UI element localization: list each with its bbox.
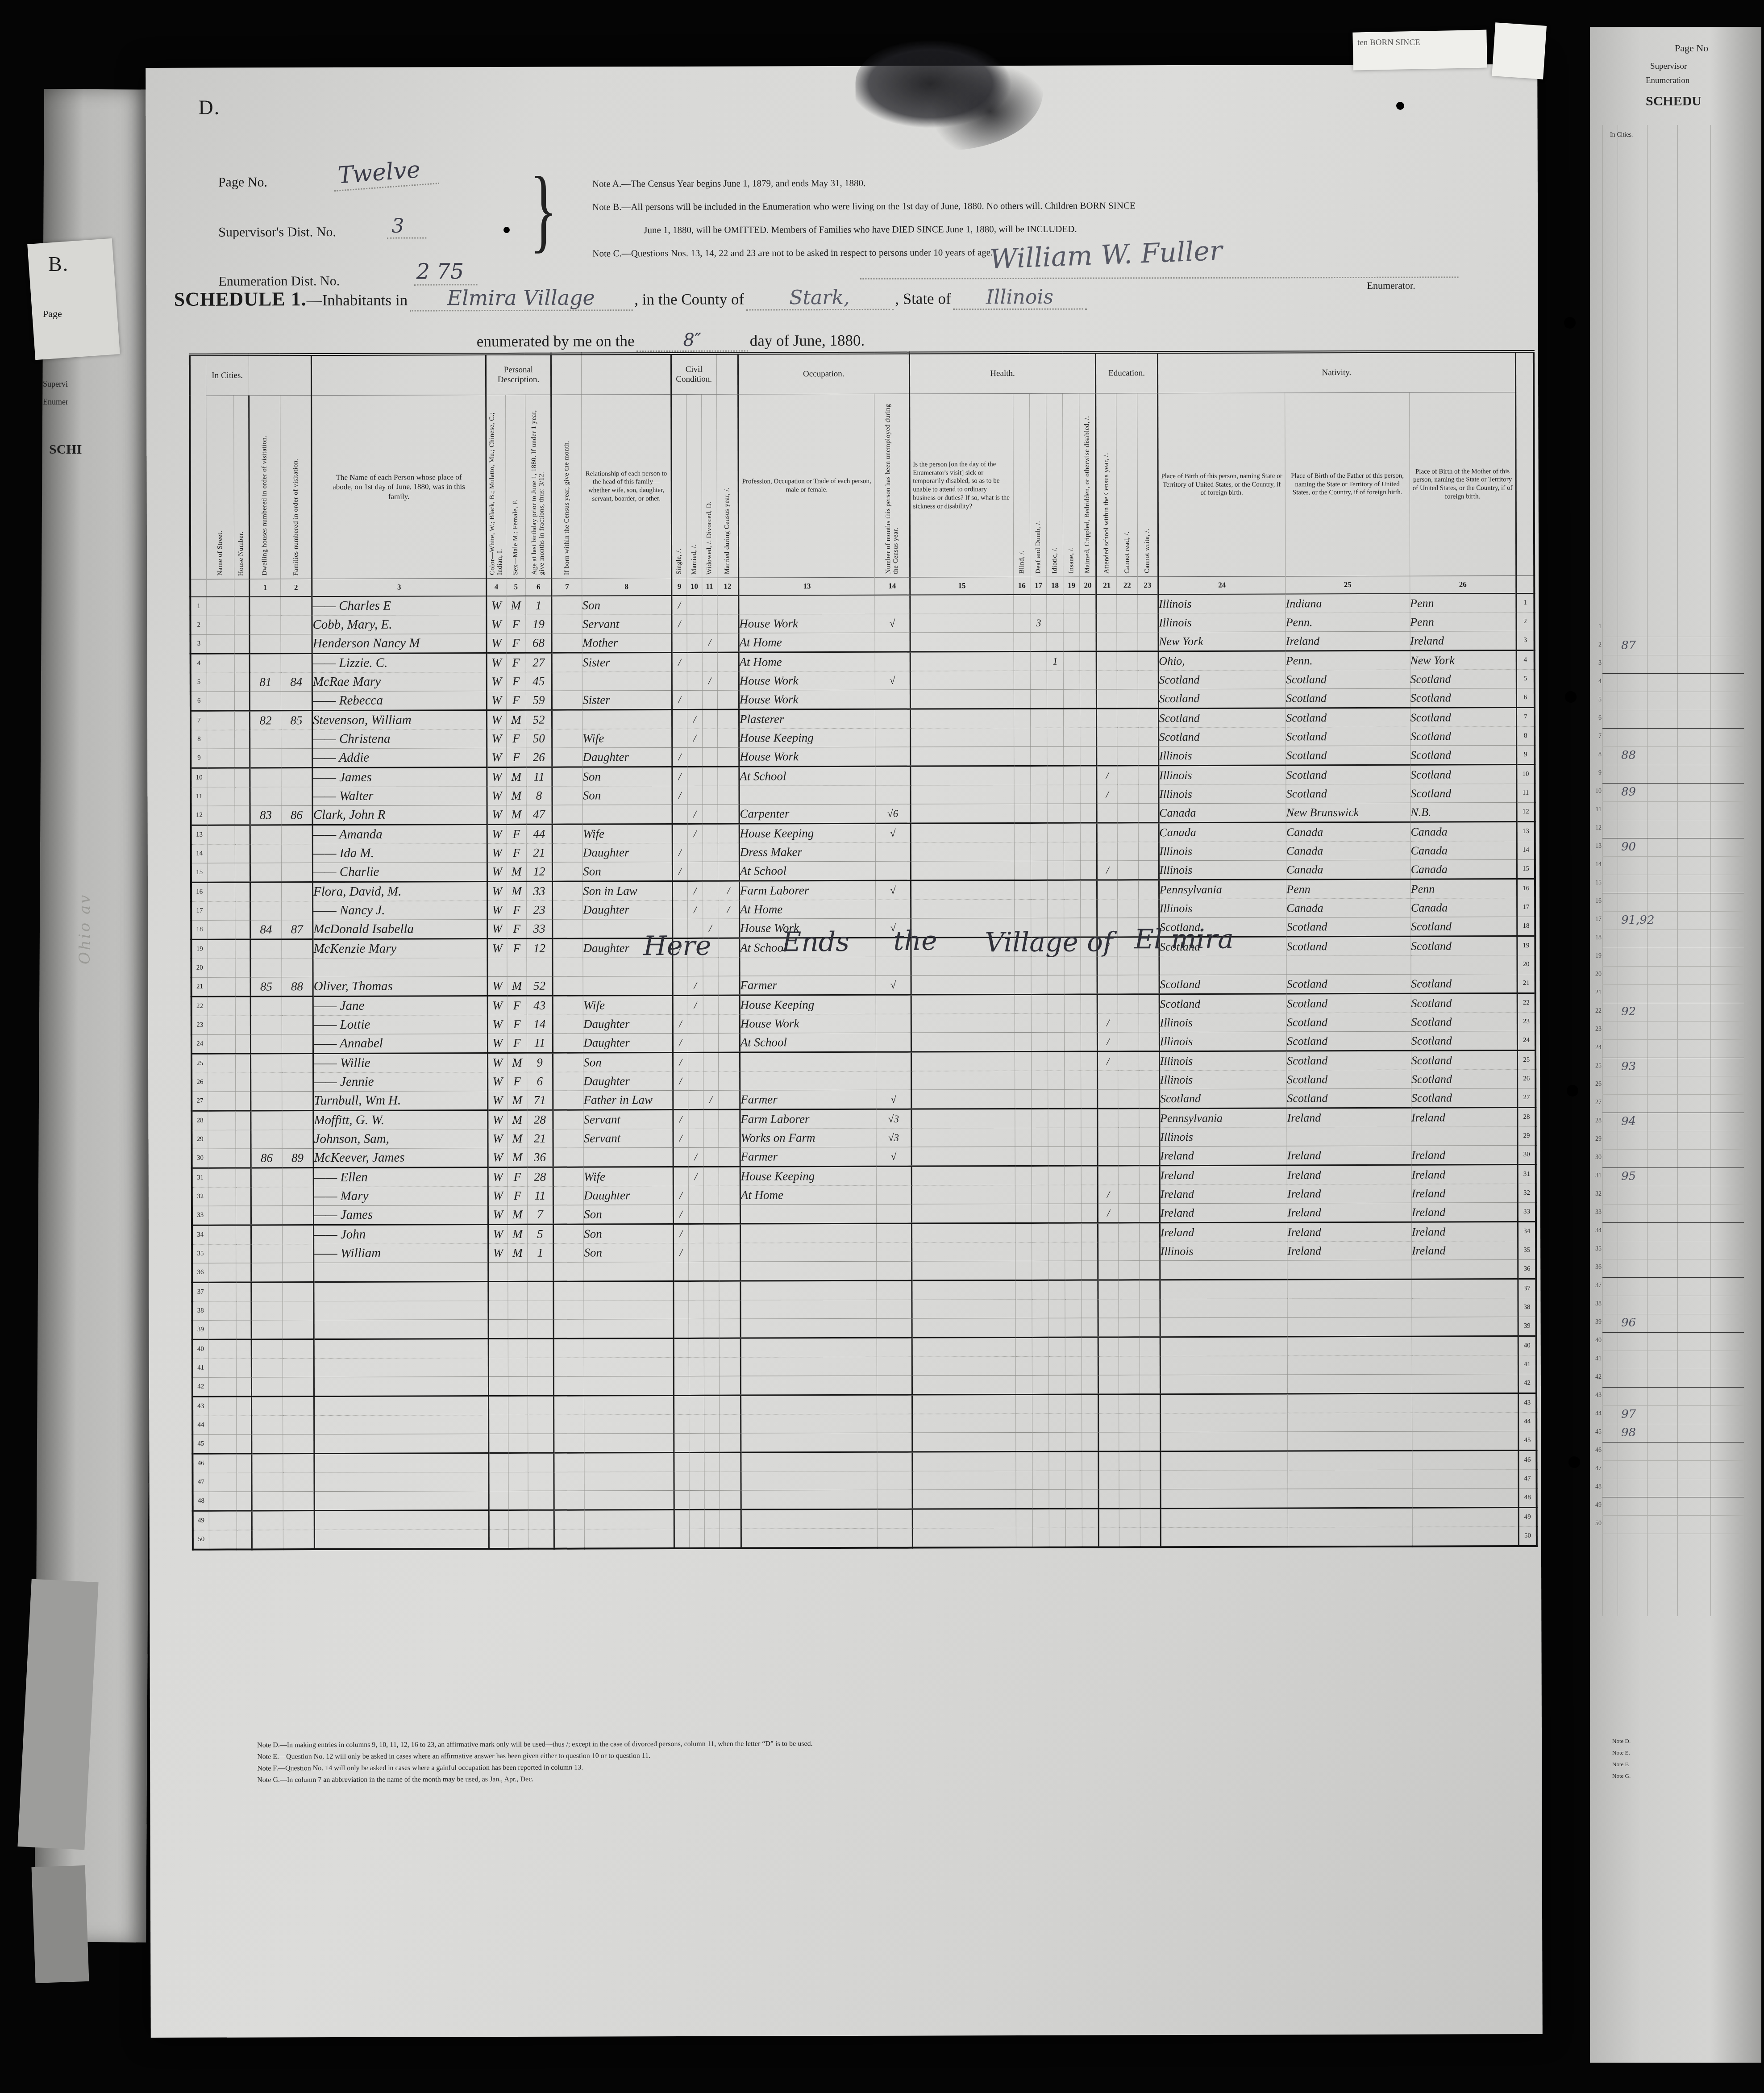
cell-sick	[911, 1071, 1015, 1090]
cell-c: W	[487, 634, 506, 653]
cell-s21	[1098, 1128, 1118, 1147]
cell-a	[528, 1529, 554, 1549]
cell-a: 9	[527, 1053, 553, 1072]
cell-s: F	[506, 672, 526, 691]
cell-m23	[1137, 594, 1158, 613]
spine-frag-page: Page	[43, 308, 62, 320]
cell-m10	[688, 1262, 703, 1281]
cell-m14	[876, 842, 911, 861]
cell-m17	[1031, 994, 1048, 1013]
cell-a: 1	[528, 1243, 553, 1262]
cell-pm	[1412, 1431, 1519, 1451]
cell-m10	[689, 1472, 704, 1490]
cell-m18	[1048, 1204, 1065, 1223]
cell-pob: Illinois	[1159, 784, 1286, 804]
cell-m12	[720, 1509, 741, 1529]
cell-sick	[910, 766, 1014, 786]
cell-m22	[1119, 1394, 1140, 1413]
cell-pob: Pennsylvania	[1159, 1108, 1287, 1128]
cell-s: M	[507, 862, 526, 881]
cell-s21	[1098, 994, 1118, 1013]
cell-m20	[1080, 595, 1096, 614]
cell-s: F	[507, 843, 526, 862]
cell-st	[208, 959, 235, 977]
rp-row-line	[1602, 1003, 1744, 1003]
cell-m10	[689, 1490, 704, 1509]
cell-ho	[237, 1530, 252, 1550]
cell-a	[528, 1434, 554, 1453]
cell-f	[282, 1206, 313, 1225]
rp-row-line	[1602, 1314, 1744, 1314]
cell-ho	[236, 1130, 251, 1149]
cell-m14: √	[876, 918, 911, 938]
rp-row-number: 37	[1588, 1282, 1602, 1289]
cell-m10	[689, 1433, 704, 1452]
cell-n: 42	[192, 1377, 208, 1397]
cell-m14	[878, 1490, 912, 1509]
cell-m18	[1048, 1223, 1065, 1242]
cell-m17	[1032, 1185, 1048, 1204]
cell-sick	[911, 785, 1015, 805]
note-b-line2: June 1, 1880, will be OMITTED. Members o…	[644, 220, 1077, 239]
cell-ho	[235, 863, 250, 882]
cell-m11	[702, 747, 717, 767]
cell-m16	[1015, 1204, 1032, 1223]
cell-a	[528, 1338, 553, 1358]
cell-m22	[1117, 651, 1138, 671]
cell-st	[207, 634, 234, 654]
cell-name: —— Ida M.	[312, 844, 487, 863]
cell-m9: /	[673, 1109, 688, 1129]
cell-occ	[741, 1280, 877, 1300]
footer-note-g: Note G.—In column 7 an abbreviation in t…	[257, 1773, 813, 1786]
cell-nr: 45	[1519, 1431, 1536, 1450]
cell-m16	[1015, 1185, 1032, 1204]
cell-rel: Servant	[583, 1129, 673, 1148]
cell-st	[206, 597, 234, 616]
cell-n: 46	[192, 1454, 208, 1473]
cell-m18	[1048, 880, 1064, 899]
cell-name	[314, 1301, 488, 1320]
header-brace: }	[530, 156, 557, 264]
rp-row-number: 30	[1588, 1154, 1602, 1161]
cell-m20	[1080, 709, 1097, 728]
cell-m19	[1065, 1147, 1081, 1166]
rp-row-line	[1602, 1058, 1744, 1058]
cell-name: McDonald Isabella	[313, 920, 487, 939]
cell-m10	[687, 919, 703, 938]
cell-pm: Scotland	[1410, 765, 1517, 784]
group-education: Education.	[1096, 352, 1158, 393]
cell-n: 5	[191, 673, 207, 692]
rp-row-number: 19	[1588, 953, 1602, 960]
cell-f	[283, 1359, 314, 1377]
cell-ho	[235, 901, 250, 920]
cell-m11	[703, 1129, 719, 1147]
cell-rel	[584, 1358, 673, 1377]
cell-s: F	[507, 1015, 527, 1034]
cell-m20	[1081, 880, 1097, 899]
cell-occ	[741, 1509, 878, 1529]
group-relationship	[582, 354, 671, 395]
cell-d	[250, 1073, 282, 1092]
cell-pob: Illinois	[1159, 899, 1286, 918]
cell-s21	[1099, 1528, 1119, 1547]
cell-m18	[1048, 1261, 1065, 1280]
cell-m12	[718, 1072, 740, 1090]
cell-nr: 5	[1516, 669, 1534, 688]
cell-m12	[718, 862, 739, 881]
day-of-june-label: day of June, 1880.	[750, 332, 865, 350]
cell-m9	[673, 957, 688, 976]
rp-row-line	[1602, 801, 1744, 802]
cell-m12	[719, 1281, 741, 1300]
cell-a: 44	[526, 824, 552, 843]
cell-bm	[554, 1472, 584, 1491]
cell-name: —— Amanda	[312, 825, 487, 844]
cell-m23	[1138, 804, 1159, 823]
cell-sick	[911, 1147, 1015, 1166]
cell-m16	[1014, 785, 1031, 804]
cell-pob: Illinois	[1158, 613, 1286, 632]
cell-m16	[1016, 1413, 1032, 1432]
cell-m9	[674, 1414, 689, 1433]
column-header-row: Name of Street. House Number. Dwelling h…	[190, 392, 1534, 579]
cell-occ: House Keeping	[739, 823, 876, 843]
cell-st	[207, 768, 234, 787]
cell-m9: /	[673, 1186, 688, 1205]
cell-d	[251, 1434, 283, 1454]
cell-n: 17	[191, 901, 207, 920]
rp-note-d: Note D.	[1612, 1738, 1631, 1745]
col-8-relationship: Relationship of each person to the head …	[582, 395, 671, 579]
cell-m20	[1081, 1128, 1098, 1147]
cell-m14	[875, 690, 910, 709]
cell-s	[508, 1529, 528, 1549]
cell-c	[489, 1453, 508, 1472]
cell-m9: /	[672, 690, 687, 709]
cell-m16	[1015, 994, 1031, 1013]
cell-m14	[877, 1300, 911, 1318]
cell-n: 27	[191, 1092, 208, 1111]
cell-ho	[236, 1359, 251, 1377]
cell-pob	[1160, 1432, 1288, 1451]
cell-pm	[1411, 955, 1518, 975]
cell-ho	[234, 634, 250, 654]
cell-m22	[1119, 1489, 1140, 1509]
cell-ho	[234, 616, 250, 634]
cell-m11	[704, 1319, 719, 1338]
cell-ho	[235, 806, 250, 825]
cell-m23	[1139, 1280, 1160, 1299]
cell-s	[508, 1472, 528, 1491]
cell-m20	[1081, 899, 1097, 918]
cell-n: 14	[191, 844, 207, 863]
cell-m23	[1138, 632, 1158, 651]
column-number: 18	[1047, 577, 1063, 595]
cell-d	[251, 1359, 283, 1377]
cell-pm: Scotland	[1410, 688, 1517, 708]
cell-sick	[911, 1280, 1015, 1300]
cell-m10: /	[687, 709, 702, 729]
cell-m22	[1117, 746, 1138, 766]
paper-patch-text: ten BORN SINCE	[1357, 38, 1420, 48]
cell-name: —— Mary	[313, 1187, 488, 1206]
cell-d	[250, 787, 281, 806]
cell-m14	[877, 1242, 911, 1261]
cell-pm: Ireland	[1411, 1108, 1518, 1127]
cell-name	[313, 958, 487, 977]
cell-ho	[235, 787, 250, 806]
cell-m20	[1082, 1528, 1099, 1547]
rp-row-line	[1602, 1131, 1744, 1131]
cell-m23	[1138, 728, 1158, 746]
cell-nr: 10	[1517, 764, 1535, 784]
cell-m16	[1014, 746, 1031, 766]
rp-row-number: 49	[1588, 1502, 1602, 1509]
cell-c: W	[487, 1034, 507, 1053]
cell-d	[250, 616, 281, 634]
cell-m12	[719, 1186, 740, 1205]
cell-c	[488, 1262, 508, 1281]
cell-rel	[584, 1396, 674, 1415]
cell-m19	[1065, 1280, 1082, 1299]
col-25-father-birthplace: Place of Birth of the Father of this per…	[1285, 392, 1410, 576]
cell-ho	[236, 1149, 251, 1168]
cell-m14: √	[876, 880, 911, 900]
cell-pf: Ireland	[1287, 1222, 1412, 1242]
rp-row-number: 46	[1588, 1447, 1602, 1454]
cell-m22	[1118, 899, 1138, 918]
cell-m10	[687, 862, 703, 881]
cell-d	[250, 634, 281, 654]
cell-m14	[875, 595, 910, 614]
col-22-cannot-read: Cannot read, /.	[1116, 393, 1137, 577]
cell-f	[283, 1434, 314, 1454]
cell-d	[251, 1416, 283, 1434]
cell-bm	[552, 596, 582, 615]
cell-st	[208, 1377, 236, 1397]
rp-row-line	[1602, 1204, 1744, 1205]
cell-m11	[704, 1281, 719, 1300]
cell-m11	[703, 1205, 719, 1224]
cell-name: McRae Mary	[312, 672, 487, 692]
cell-m18	[1047, 785, 1064, 804]
cell-ho	[234, 654, 250, 673]
rp-row-line	[1602, 838, 1744, 838]
cell-m12	[719, 1109, 740, 1129]
cell-m18	[1049, 1394, 1065, 1413]
cell-st	[207, 863, 235, 882]
cell-name	[314, 1434, 489, 1454]
cell-s: M	[508, 1091, 527, 1110]
cell-ho	[235, 920, 250, 939]
cell-m19	[1065, 1051, 1081, 1071]
rp-handwritten-number: 97	[1621, 1408, 1636, 1421]
cell-m23	[1140, 1318, 1160, 1337]
cell-m23	[1138, 671, 1158, 689]
spine-frag-supervisor: Supervi	[43, 379, 68, 389]
cell-nr: 36	[1518, 1259, 1536, 1279]
column-number: 2	[281, 579, 312, 597]
cell-m22	[1118, 1089, 1139, 1109]
cell-sick	[912, 1509, 1016, 1528]
cell-m19	[1063, 613, 1080, 632]
cell-m11	[704, 1395, 719, 1414]
cell-bm	[553, 919, 583, 938]
place-value: Elmira Village	[447, 285, 595, 310]
cell-n: 40	[192, 1339, 208, 1359]
cell-m19	[1065, 1375, 1082, 1394]
hole-punch-3	[1567, 1085, 1578, 1097]
rp-handwritten-number: 96	[1621, 1316, 1636, 1330]
rp-row-number: 7	[1588, 733, 1602, 740]
cell-m17	[1032, 1509, 1049, 1528]
cell-m12	[718, 1014, 740, 1033]
cell-name: —— James	[313, 1205, 488, 1225]
cell-bm	[553, 901, 583, 919]
cell-name: —— Lottie	[313, 1015, 487, 1034]
cell-pf: Penn.	[1286, 613, 1410, 632]
cell-m9: /	[672, 747, 687, 767]
cell-nr: 38	[1518, 1298, 1536, 1317]
cell-sick	[911, 1223, 1015, 1242]
cell-c: W	[488, 1167, 508, 1186]
cell-d	[250, 749, 281, 768]
rp-handwritten-number: 88	[1621, 749, 1636, 762]
cell-m17	[1032, 1375, 1049, 1394]
cell-bm	[553, 1243, 584, 1262]
cell-name: —— William	[314, 1244, 488, 1263]
cell-m9	[672, 900, 687, 919]
note-a: Note A.—The Census Year begins June 1, 1…	[592, 174, 866, 193]
cell-occ	[741, 1338, 877, 1357]
cell-s21	[1098, 1337, 1119, 1356]
cell-s: M	[508, 1129, 527, 1148]
cell-pob: Scotland	[1158, 670, 1286, 689]
cell-occ: Carpenter	[739, 804, 876, 824]
cell-m19	[1064, 994, 1081, 1013]
cell-occ: House Work	[740, 918, 876, 938]
group-civil-12	[716, 354, 738, 395]
cell-n: 49	[193, 1511, 209, 1530]
rp-row-number: 27	[1588, 1099, 1602, 1106]
cell-bm	[553, 1186, 583, 1205]
cell-pm: Penn	[1410, 593, 1517, 613]
cell-m20	[1081, 918, 1097, 937]
rp-row-line	[1602, 1241, 1744, 1241]
cell-occ	[739, 595, 875, 614]
cell-a: 12	[527, 938, 553, 958]
cell-a: 26	[526, 748, 552, 767]
cell-m18	[1049, 1413, 1065, 1432]
cell-sick	[911, 899, 1015, 918]
cell-m22	[1119, 1337, 1140, 1356]
rp-grid-line	[1602, 125, 1603, 1616]
cell-m17	[1030, 651, 1047, 671]
cell-a: 8	[526, 786, 552, 805]
cell-m19	[1065, 1204, 1082, 1223]
cell-occ	[740, 1242, 877, 1262]
cell-rel: Son	[584, 1243, 673, 1263]
cell-name: McKeever, James	[313, 1148, 488, 1168]
cell-pm: New York	[1410, 650, 1517, 670]
cell-m16	[1015, 1299, 1032, 1318]
cell-sick	[911, 880, 1015, 900]
cell-s	[508, 1319, 528, 1338]
cell-bm	[552, 786, 582, 805]
cell-s21	[1096, 594, 1117, 613]
cell-pf: Penn.	[1286, 650, 1410, 670]
cell-m18	[1049, 1489, 1065, 1509]
cell-c: W	[487, 805, 507, 824]
cell-s	[508, 1491, 528, 1510]
cell-m9: /	[672, 652, 687, 671]
ink-dot-2	[503, 227, 510, 233]
cell-c: W	[487, 919, 507, 938]
rp-row-line	[1602, 1021, 1744, 1021]
cell-d	[250, 939, 282, 959]
cell-occ	[740, 1223, 877, 1243]
cell-pm: Ireland	[1411, 1203, 1518, 1222]
cell-m20	[1080, 632, 1096, 651]
cell-pf	[1288, 1451, 1412, 1470]
cell-m10: /	[688, 995, 703, 1014]
cell-sick	[911, 823, 1015, 843]
cell-d	[250, 692, 281, 711]
cell-s	[508, 1338, 528, 1358]
cell-m19	[1066, 1528, 1082, 1547]
rp-row-line	[1602, 875, 1744, 875]
cell-m14	[878, 1509, 912, 1528]
cell-m12	[719, 1433, 741, 1452]
cell-ho	[234, 673, 250, 692]
enumeration-value: 2 75	[414, 259, 477, 285]
cell-m14: √	[875, 614, 910, 633]
note-c: Note C.—Questions Nos. 13, 14, 22 and 23…	[592, 243, 993, 262]
cell-m22	[1119, 1223, 1139, 1242]
cell-ho	[234, 711, 250, 730]
cell-a: 12	[526, 862, 552, 881]
cell-st	[208, 1016, 235, 1034]
cell-m18	[1048, 937, 1064, 956]
cell-n: 45	[192, 1434, 208, 1454]
cell-pob: Scotland	[1158, 727, 1286, 746]
cell-sick	[912, 1471, 1016, 1490]
rp-handwritten-number: 93	[1621, 1060, 1636, 1073]
cell-st	[209, 1492, 237, 1511]
cell-pob	[1161, 1470, 1288, 1489]
cell-f	[282, 959, 313, 977]
cell-m9: /	[673, 1129, 688, 1147]
cell-m12	[717, 709, 739, 729]
cell-st	[209, 1530, 237, 1550]
cell-st	[208, 1168, 236, 1187]
cell-m22	[1118, 1128, 1139, 1147]
cell-m19	[1065, 1089, 1081, 1109]
cell-m22	[1118, 1147, 1139, 1166]
cell-m17	[1032, 1394, 1049, 1413]
cell-m10	[689, 1338, 704, 1357]
cell-nr: 9	[1517, 745, 1535, 764]
cell-m18	[1048, 975, 1064, 994]
cell-m17	[1032, 1451, 1049, 1471]
cell-bm	[552, 615, 582, 634]
cell-n: 1	[190, 597, 206, 616]
cell-m20	[1080, 728, 1097, 746]
cell-n: 19	[191, 939, 207, 959]
cell-m18	[1047, 671, 1063, 689]
